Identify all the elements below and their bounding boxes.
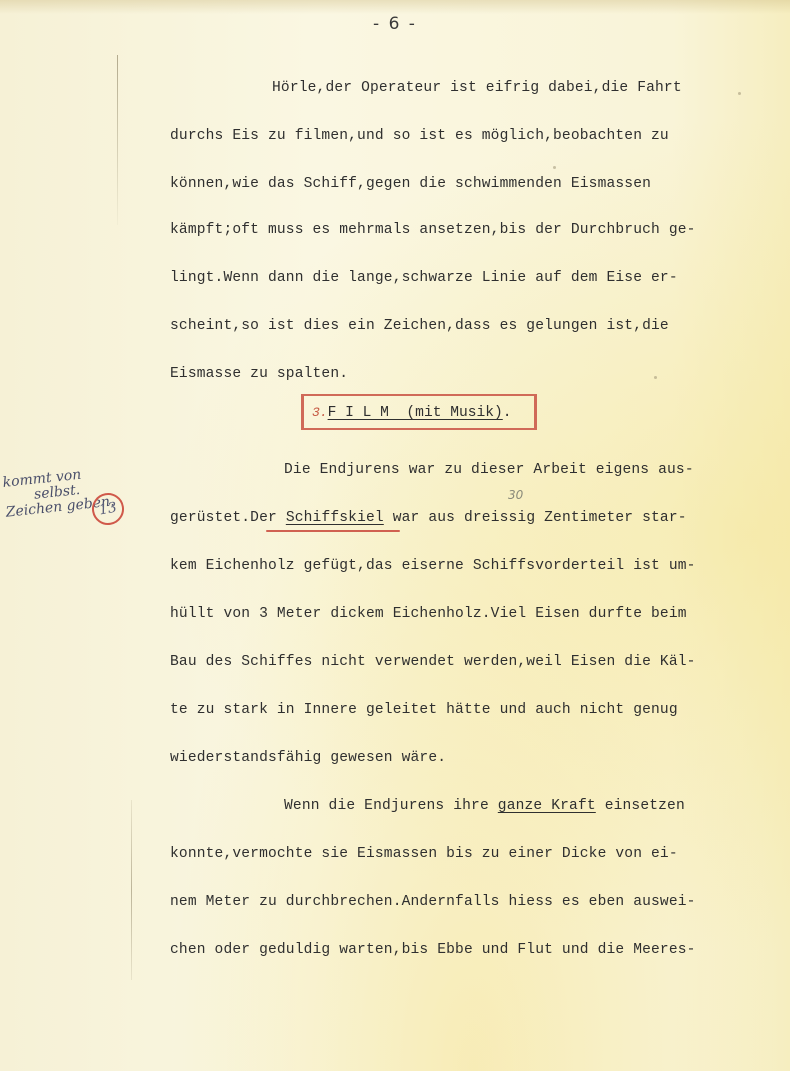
text-line: Wenn die Endjurens ihre ganze Kraft eins… — [284, 798, 685, 814]
text-span: war aus dreissig Zentimeter star- — [384, 510, 687, 526]
paper-crease — [117, 55, 118, 225]
text-line: kem Eichenholz gefügt,das eiserne Schiff… — [170, 558, 696, 574]
text-line: können,wie das Schiff,gegen die schwimme… — [170, 176, 651, 192]
text-line: Hörle,der Operateur ist eifrig dabei,die… — [272, 80, 682, 96]
underlined-word: Schiffskiel — [286, 510, 384, 526]
text-line: hüllt von 3 Meter dickem Eichenholz.Viel… — [170, 606, 687, 622]
text-span: gerüstet.Der — [170, 510, 286, 526]
film-suffix: . — [503, 405, 512, 421]
text-line: wiederstandsfähig gewesen wäre. — [170, 750, 446, 766]
text-line: Bau des Schiffes nicht verwendet werden,… — [170, 654, 696, 670]
document-page: - 6 - Hörle,der Operateur ist eifrig dab… — [0, 0, 790, 1071]
text-line: kämpft;oft muss es mehrmals ansetzen,bis… — [170, 222, 696, 238]
text-line: gerüstet.Der Schiffskiel war aus dreissi… — [170, 510, 687, 526]
paper-crease — [131, 800, 132, 980]
text-line: Die Endjurens war zu dieser Arbeit eigen… — [284, 462, 694, 478]
text-span: Wenn die Endjurens ihre — [284, 798, 498, 814]
text-line: Eismasse zu spalten. — [170, 366, 348, 382]
paper-speck — [654, 376, 657, 379]
text-span: einsetzen — [596, 798, 685, 814]
text-line: te zu stark in Innere geleitet hätte und… — [170, 702, 678, 718]
red-pencil-underline — [266, 530, 400, 532]
film-title: F I L M (mit Musik) — [328, 405, 503, 421]
page-number: - 6 - — [0, 14, 790, 34]
film-heading: 3.F I L M (mit Musik). — [312, 405, 512, 421]
underlined-phrase: ganze Kraft — [498, 798, 596, 814]
paper-speck — [553, 166, 556, 169]
text-line: konnte,vermochte sie Eismassen bis zu ei… — [170, 846, 678, 862]
pencil-number: 30 — [508, 488, 523, 502]
text-line: durchs Eis zu filmen,und so ist es mögli… — [170, 128, 669, 144]
film-number: 3. — [312, 405, 328, 420]
text-line: lingt.Wenn dann die lange,schwarze Linie… — [170, 270, 678, 286]
text-line: nem Meter zu durchbrechen.Andernfalls hi… — [170, 894, 696, 910]
paper-speck — [738, 92, 741, 95]
text-line: chen oder geduldig warten,bis Ebbe und F… — [170, 942, 696, 958]
text-line: scheint,so ist dies ein Zeichen,dass es … — [170, 318, 669, 334]
